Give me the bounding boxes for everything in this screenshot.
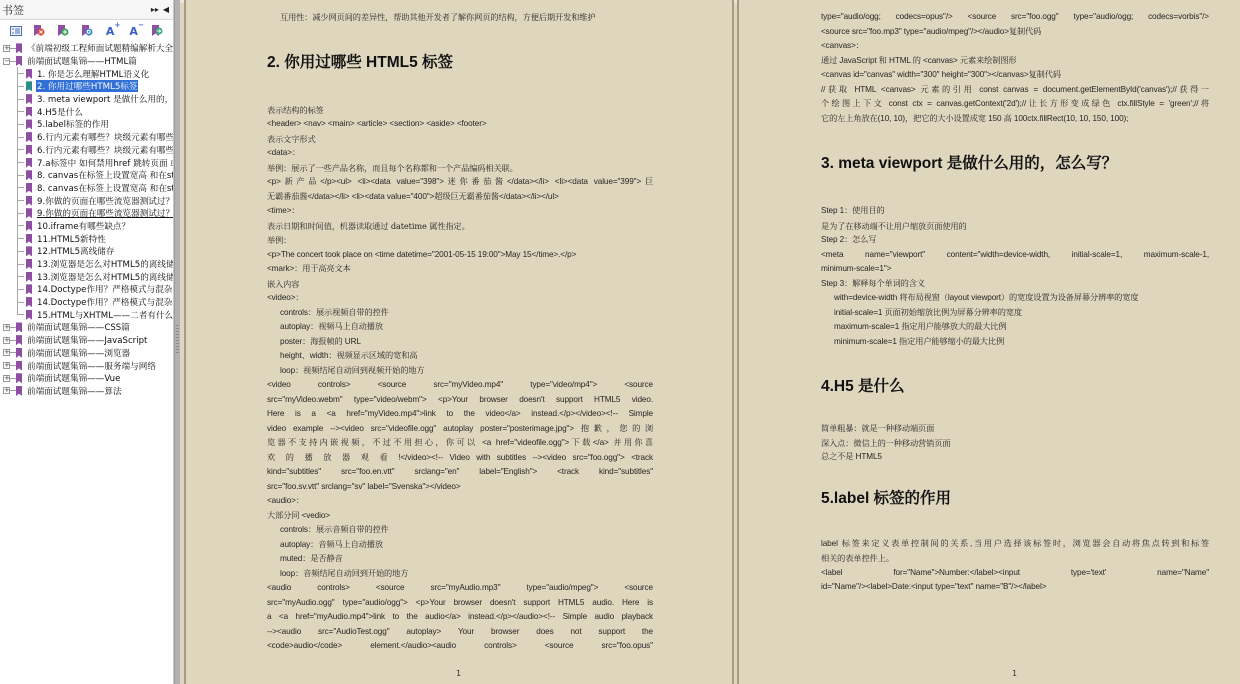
code-line: 个绘图上下文 const ctx = canvas.getContext('2d… [821,97,1209,112]
tree-connector [17,131,18,144]
page-right-content: type="audio/ogg; codecs=opus"/> <source … [821,10,1209,595]
code-line: <video controls> <source src="myVideo.mp… [267,378,653,393]
collapse-panel-icon[interactable]: ◀ [163,5,169,15]
code-line: <p>The concert took place on <time datet… [267,248,653,263]
tree-connector [17,258,18,271]
text-line: 举例： [267,233,653,248]
bookmark-label: 8. canvas在标签上设置宽高 和在style [36,169,173,181]
code-line: loop：视频结尾自动回到视频开始的地方 [267,364,653,379]
bookmark-label: 8. canvas在标签上设置宽高 和在style [36,182,173,194]
bookmark-icon [26,145,32,155]
code-line: with=device-width 将布局视窗（layout viewport）… [821,291,1209,306]
tree-connector [10,340,16,341]
bookmark-icon [26,221,32,231]
tree-connector [17,93,18,106]
tree-connector [17,137,24,138]
section-heading: 5.label 标签的作用 [821,489,1209,509]
tree-connector [10,48,16,49]
tree-connector [17,194,18,207]
code-line: src="myVideo.webm" type="video/webm"> <p… [267,393,653,408]
expand-panel-icon[interactable]: ▸▸ [151,5,159,15]
bookmark-label: 4.H5是什么 [36,106,84,118]
code-line: <data>： [267,146,653,161]
text-line: 表示结构的标签 [267,103,653,118]
bookmark-item[interactable]: 4.H5是什么 [0,105,173,118]
bookmark-label: 2. 你用过哪些HTML5标签 [36,80,138,92]
text-line: 相关的表单控件上。 [821,551,1209,566]
code-line: 欢 的 播 放 器 观 看 !</video><!-- Video with s… [267,451,653,466]
bookmark-label: 6.行内元素有哪些？块级元素有哪些？ [36,144,173,156]
bookmark-label: 前端面试题集锦——浏览器 [26,347,131,359]
bookmark-icon [26,196,32,206]
bookmark-item[interactable]: 13.浏览器是怎么对HTML5的离线储存 [0,270,173,283]
bookmark-label: 12.HTML5离线储存 [36,245,115,257]
bookmark-item[interactable]: 6.行内元素有哪些？块级元素有哪些？ [0,144,173,157]
code-line: 大部分同 <vedio> [267,509,653,524]
bookmark-group[interactable]: +前端面试题集锦——CSS篇 [0,321,173,334]
bookmark-label: 9.你做的页面在哪些流览器测试过？ [36,195,173,207]
expand-icon[interactable]: + [3,387,10,394]
page-number: 1 [1012,669,1017,678]
bookmark-label: 14.Doctype作用？严格模式与混杂模式 [36,296,173,308]
tree-connector [17,149,24,150]
bookmark-label: 10.iframe有哪些缺点？ [36,220,131,232]
bookmark-item[interactable]: 5.label标签的作用 [0,118,173,131]
bookmark-item[interactable]: 10.iframe有哪些缺点？ [0,220,173,233]
bookmark-label: 1. 你是怎么理解HTML语义化 [36,68,150,80]
code-line: controls：展示视频自带的控件 [267,306,653,321]
text-line: 互用性：减少网页间的差异性，帮助其他开发者了解你网页的结构，方便后期开发和维护 [267,10,653,25]
tree-connector [17,169,18,182]
bookmark-icon [16,386,22,396]
bookmark-icon [16,43,22,53]
code-line: --><audio src="AudioTest.ogg" autoplay> … [267,625,653,640]
tree-connector [17,283,18,296]
tree-connector [17,289,24,290]
expand-icon[interactable]: + [3,375,10,382]
code-line: src="foo.sv.vtt" srclang="sv" label="Sve… [267,480,653,495]
page-left: 互用性：减少网页间的差异性，帮助其他开发者了解你网页的结构，方便后期开发和维护2… [184,0,734,684]
bookmark-icon [26,132,32,142]
code-line: 无霸番茄酱</data></li> <li><data value="400">… [267,190,653,205]
code-line: Step 3：解释每个单词的含义 [821,277,1209,292]
tree-connector [10,365,16,366]
bookmarks-panel-title: 书签 [2,2,24,18]
code-line: autoplay：视频马上自动播放 [267,320,653,335]
bookmark-item[interactable]: 8. canvas在标签上设置宽高 和在style [0,182,173,195]
tree-connector [17,182,18,195]
code-line: controls：展示音频自带的控件 [267,523,653,538]
bookmark-icon [26,310,32,320]
section-heading: 2. 你用过哪些 HTML5 标签 [267,53,653,73]
code-line: type="audio/ogg; codecs=opus"/> <source … [821,10,1209,25]
code-line: <audio controls> <source src="myAudio.mp… [267,581,653,596]
bookmark-label: 13.浏览器是怎么对HTML5的离线储存 [36,271,173,283]
bookmark-icon [26,246,32,256]
tree-connector [17,200,24,201]
bookmark-tree: +《前端初级工程师面试题精编解析大全》−前端面试题集锦——HTML篇1. 你是怎… [0,40,173,397]
tree-connector [17,276,24,277]
tree-connector [17,162,24,163]
bookmark-group[interactable]: +前端面试题集锦——JavaScript [0,334,173,347]
tree-connector [17,308,18,315]
bookmark-icon [26,272,32,282]
tree-connector [10,61,16,62]
bookmark-item[interactable]: 9.你做的页面在哪些流览器测试过？ [0,207,173,220]
bookmark-options-icon[interactable] [4,23,28,39]
bookmark-go-icon[interactable] [145,23,169,39]
bookmark-item[interactable]: 12.HTML5离线储存 [0,245,173,258]
bookmark-item[interactable]: 15.HTML与XHTML——二者有什么区别 [0,308,173,321]
bookmark-label: 前端面试题集锦——服务端与网络 [26,360,157,372]
delete-bookmark-icon[interactable] [28,23,52,39]
tree-connector [17,314,24,315]
code-line: //获取 HTML <canvas> 元素的引用 const canvas = … [821,83,1209,98]
tree-connector [17,118,18,131]
code-line: autoplay：音频马上自动播放 [267,538,653,553]
code-line: poster：海报帧的 URL [267,335,653,350]
bookmark-icon [16,348,22,358]
bookmark-label: 7.a标签中 如何禁用href 跳转页面 或 [36,157,173,169]
code-line: Here is a <a href="myVideo.mp4">link to … [267,407,653,422]
bookmark-label: 前端面试题集锦——算法 [26,385,123,397]
code-line: Step 2：怎么写 [821,233,1209,248]
text-line: 简单粗暴：就是一种移动端页面 [821,421,1209,436]
bookmark-icon [26,81,32,91]
code-line: id="Name"/><label>Date:<input type="text… [821,580,1209,595]
bookmark-icon [26,170,32,180]
tree-connector [10,327,16,328]
bookmark-icon [26,183,32,193]
tree-connector [17,264,24,265]
tree-connector [17,296,18,309]
expand-icon[interactable]: + [3,337,10,344]
code-line: a <a href="myAudio.mp4">link to the audi… [267,610,653,625]
bookmark-label: 11.HTML5新特性 [36,233,107,245]
expand-icon[interactable]: + [3,362,10,369]
bookmark-icon [26,158,32,168]
code-line: minimum-scale=1 指定用户能够缩小的最大比例 [821,335,1209,350]
bookmark-icon [26,284,32,294]
code-line: 总之不是 HTML5 [821,450,1209,465]
bookmark-label: 14.Doctype作用？严格模式与混杂模式 [36,283,173,295]
bookmark-icon [16,335,22,345]
tree-connector [17,251,24,252]
section-heading: 3. meta viewport 是做什么用的，怎么写？ [821,154,1209,174]
bookmark-group[interactable]: −前端面试题集锦——HTML篇 [0,55,173,68]
document-viewer: 互用性：减少网页间的差异性，帮助其他开发者了解你网页的结构，方便后期开发和维护2… [180,0,1240,684]
code-line: <mark>：用于高亮文本 [267,262,653,277]
bookmarks-panel: 书签 ▸▸ ◀ A+ A− +《前端初级工程师面试题精编解析大全》−前端面试题集… [0,0,174,684]
bookmark-label: 9.你做的页面在哪些流览器测试过？ [36,207,173,219]
code-line: muted：是否静音 [267,552,653,567]
tree-connector [17,245,18,258]
tree-connector [17,207,18,220]
bookmark-icon [26,107,32,117]
expand-icon[interactable]: + [3,349,10,356]
page-left-content: 互用性：减少网页间的差异性，帮助其他开发者了解你网页的结构，方便后期开发和维护2… [267,10,653,654]
tree-connector [17,67,18,80]
bookmark-group[interactable]: +《前端初级工程师面试题精编解析大全》 [0,42,173,55]
increase-font-icon[interactable]: A+ [98,23,122,39]
bookmark-item[interactable]: 14.Doctype作用？严格模式与混杂模式 [0,283,173,296]
bookmark-item[interactable]: 8. canvas在标签上设置宽高 和在style [0,169,173,182]
tree-connector [17,220,18,233]
bookmark-item[interactable]: 11.HTML5新特性 [0,232,173,245]
tree-connector [17,187,24,188]
splitter-grip[interactable] [176,325,179,355]
bookmark-icon [26,297,32,307]
section-heading: 4.H5 是什么 [821,377,1209,397]
expand-icon[interactable]: + [3,45,10,52]
code-line: initial-scale=1 页面初始缩放比例为屏幕分辨率的宽度 [821,306,1209,321]
tree-connector [17,111,24,112]
bookmark-item[interactable]: 3. meta viewport 是做什么用的，怎么写？ [0,93,173,106]
tree-connector [17,156,18,169]
code-line: <video>： [267,291,653,306]
code-line: <meta name="viewport" content="width=dev… [821,248,1209,263]
decrease-font-icon[interactable]: A− [122,23,146,39]
tree-connector [17,73,24,74]
text-line: 举例：展示了一些产品名称，而且每个名称都和一个产品编码相关联。 [267,161,653,176]
bookmark-item[interactable]: 13.浏览器是怎么对HTML5的离线储存 [0,258,173,271]
tree-connector [10,390,16,391]
tree-connector [17,302,24,303]
code-line: <label for="Name">Number:</label><input … [821,566,1209,581]
page-right: type="audio/ogg; codecs=opus"/> <source … [737,0,1240,684]
bookmark-icon [26,94,32,104]
code-line: <source src="foo.mp3" type="audio/mpeg"/… [821,25,1209,40]
bookmarks-toolbar: A+ A− [0,22,173,40]
bookmark-item[interactable]: 2. 你用过哪些HTML5标签 [0,80,173,93]
bookmark-label: 前端面试题集锦——HTML篇 [26,55,138,67]
code-line: height、width：视频显示区域的宽和高 [267,349,653,364]
bookmark-icon [16,373,22,383]
text-line: 深入点：微信上的一种移动营销页面 [821,436,1209,451]
code-line: src="myAudio.ogg" type="audio/ogg"> <p>Y… [267,596,653,611]
text-line: 表示文字形式 [267,132,653,147]
code-line: <time>： [267,204,653,219]
code-line: <canvas>： [821,39,1209,54]
tree-connector [17,124,24,125]
bookmark-item[interactable]: 7.a标签中 如何禁用href 跳转页面 或 [0,156,173,169]
bookmark-item[interactable]: 9.你做的页面在哪些流览器测试过？ [0,194,173,207]
text-line: 是为了在移动端不让用户缩放页面使用的 [821,219,1209,234]
bookmark-label: 6.行内元素有哪些？块级元素有哪些？ [36,131,173,143]
code-line: label 标签来定义表单控制间的关系,当用户选择该标签时，浏览器会自动将焦点转… [821,537,1209,552]
code-line: video example --><video src="videofile.o… [267,422,653,437]
bookmark-icon [16,56,22,66]
code-line: maximum-scale=1 指定用户能够放大的最大比例 [821,320,1209,335]
code-line: <code>audio</code> element.</audio><audi… [267,639,653,654]
code-line: 它的左上角放在(10, 10)，把它的大小设置成宽 150 高 100ctx.f… [821,112,1209,127]
expand-icon[interactable]: + [3,324,10,331]
bookmark-icon [26,69,32,79]
bookmark-icon [16,361,22,371]
code-line: loop：音频结尾自动回到开始的地方 [267,567,653,582]
bookmark-item[interactable]: 1. 你是怎么理解HTML语义化 [0,67,173,80]
page-number: 1 [456,669,461,678]
code-line: minimum-scale=1"> [821,262,1209,277]
code-line: <audio>： [267,494,653,509]
bookmark-icon [26,208,32,218]
bookmark-icon [16,322,22,332]
code-line: 通过 JavaScript 和 HTML 的 <canvas> 元素来绘制图形 [821,54,1209,69]
bookmark-group[interactable]: +前端面试题集锦——浏览器 [0,347,173,360]
tree-connector [17,238,24,239]
tree-connector [17,99,24,100]
bookmark-label: 《前端初级工程师面试题精编解析大全》 [26,42,173,54]
code-line: kind="subtitles" src="foo.en.vtt" srclan… [267,465,653,480]
bookmarks-panel-header: 书签 ▸▸ ◀ [0,0,173,20]
bookmark-group[interactable]: +前端面试题集锦——服务端与网络 [0,359,173,372]
bookmark-icon [26,259,32,269]
tree-connector [17,86,24,87]
code-line: <p>新产品</p><ul> <li><data value="398">迷你番… [267,175,653,190]
collapse-icon[interactable]: − [3,58,10,65]
tree-connector [17,175,24,176]
tree-connector [17,105,18,118]
bookmark-label: 前端面试题集锦——JavaScript [26,334,148,346]
tree-connector [10,352,16,353]
bookmark-label: 前端面试题集锦——CSS篇 [26,321,131,333]
bookmark-group[interactable]: +前端面试题集锦——算法 [0,385,173,398]
add-bookmark-icon[interactable] [51,23,75,39]
code-line: <canvas id="canvas" width="300" height="… [821,68,1209,83]
bookmark-label: 5.label标签的作用 [36,118,110,130]
text-line: 嵌入内容 [267,277,653,292]
tree-connector [17,270,18,283]
code-line: 览器不支持内嵌视频，不过不用担心，你可以 <a href="videofile.… [267,436,653,451]
tree-connector [17,144,18,157]
tree-connector [17,213,24,214]
tree-connector [17,232,18,245]
find-bookmark-icon[interactable] [75,23,99,39]
bookmark-icon [26,234,32,244]
bookmark-item[interactable]: 6.行内元素有哪些？块级元素有哪些？ [0,131,173,144]
bookmark-label: 15.HTML与XHTML——二者有什么区别 [36,309,173,321]
bookmark-label: 前端面试题集锦——Vue [26,372,121,384]
text-line: 表示日期和时间值，机器读取通过 datetime 属性指定。 [267,219,653,234]
code-line: Step 1：使用目的 [821,204,1209,219]
bookmark-icon [26,119,32,129]
tree-connector [17,225,24,226]
bookmark-group[interactable]: +前端面试题集锦——Vue [0,372,173,385]
bookmark-label: 3. meta viewport 是做什么用的，怎么写？ [36,93,173,105]
bookmark-item[interactable]: 14.Doctype作用？严格模式与混杂模式 [0,296,173,309]
tree-connector [10,378,16,379]
tree-connector [17,80,18,93]
bookmark-label: 13.浏览器是怎么对HTML5的离线储存 [36,258,173,270]
code-line: <header> <nav> <main> <article> <section… [267,117,653,132]
